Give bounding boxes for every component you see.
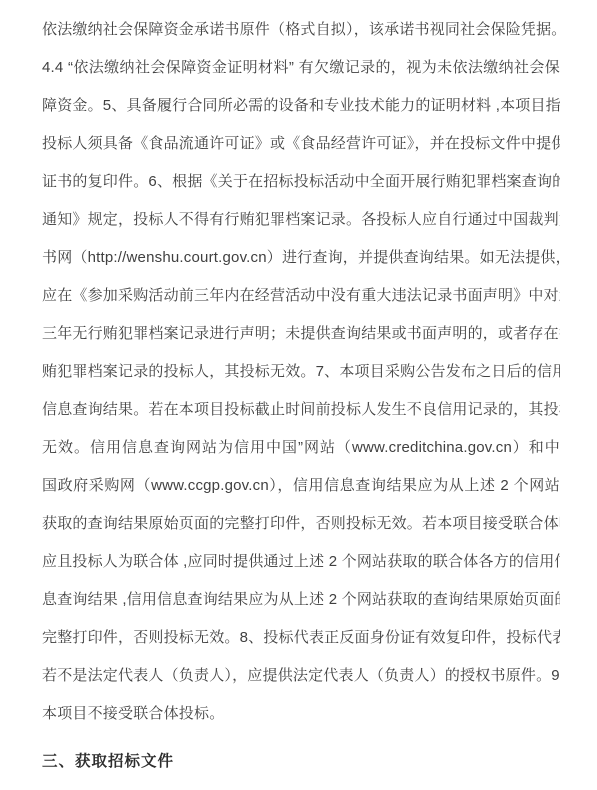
text-line: 4.4 “依法缴纳社会保障资金证明材料” 有欠缴记录的，视为未依法缴纳社会保: [42, 49, 560, 87]
text-line: 书网（http://wenshu.court.gov.cn）进行查询，并提供查询…: [42, 239, 560, 277]
text-line: 障资金。5、具备履行合同所必需的设备和专业技术能力的证明材料 ,本项目指：: [42, 87, 560, 125]
text-line: 投标人须具备《食品流通许可证》或《食品经营许可证》，并在投标文件中提供: [42, 125, 560, 163]
text-line: 本项目不接受联合体投标。: [42, 695, 560, 733]
text-line: 息查询结果 ,信用信息查询结果应为从上述 2 个网站获取的查询结果原始页面的: [42, 581, 560, 619]
text-line: 国政府采购网（www.ccgp.gov.cn），信用信息查询结果应为从上述 2 …: [42, 467, 560, 505]
text-line: 获取的查询结果原始页面的完整打印件，否则投标无效。若本项目接受联合体响: [42, 505, 560, 543]
text-line: 完整打印件，否则投标无效。8、投标代表正反面身份证有效复印件，投标代表: [42, 619, 560, 657]
text-line: 证书的复印件。6、根据《关于在招标投标活动中全面开展行贿犯罪档案查询的: [42, 163, 560, 201]
text-line: 应且投标人为联合体 ,应同时提供通过上述 2 个网站获取的联合体各方的信用信: [42, 543, 560, 581]
text-line: 三年无行贿犯罪档案记录进行声明；未提供查询结果或书面声明的，或者存在行: [42, 315, 560, 353]
text-line: 通知》规定，投标人不得有行贿犯罪档案记录。各投标人应自行通过中国裁判文: [42, 201, 560, 239]
text-line: 贿犯罪档案记录的投标人，其投标无效。7、本项目采购公告发布之日后的信用: [42, 353, 560, 391]
text-line: 应在《参加采购活动前三年内在经营活动中没有重大违法记录书面声明》中对近: [42, 277, 560, 315]
section-heading: 三、获取招标文件: [42, 752, 560, 772]
document-page: 依法缴纳社会保障资金承诺书原件（格式自拟），该承诺书视同社会保险凭据。 4.4 …: [0, 0, 597, 790]
text-line: 若不是法定代表人（负责人），应提供法定代表人（负责人）的授权书原件。9、: [42, 657, 560, 695]
body-paragraph: 依法缴纳社会保障资金承诺书原件（格式自拟），该承诺书视同社会保险凭据。 4.4 …: [42, 11, 560, 733]
text-line: 依法缴纳社会保障资金承诺书原件（格式自拟），该承诺书视同社会保险凭据。: [42, 11, 560, 49]
text-line: 无效。信用信息查询网站为信用中国”网站（www.creditchina.gov.…: [42, 429, 560, 467]
text-line: 信息查询结果。若在本项目投标截止时间前投标人发生不良信用记录的，其投标: [42, 391, 560, 429]
